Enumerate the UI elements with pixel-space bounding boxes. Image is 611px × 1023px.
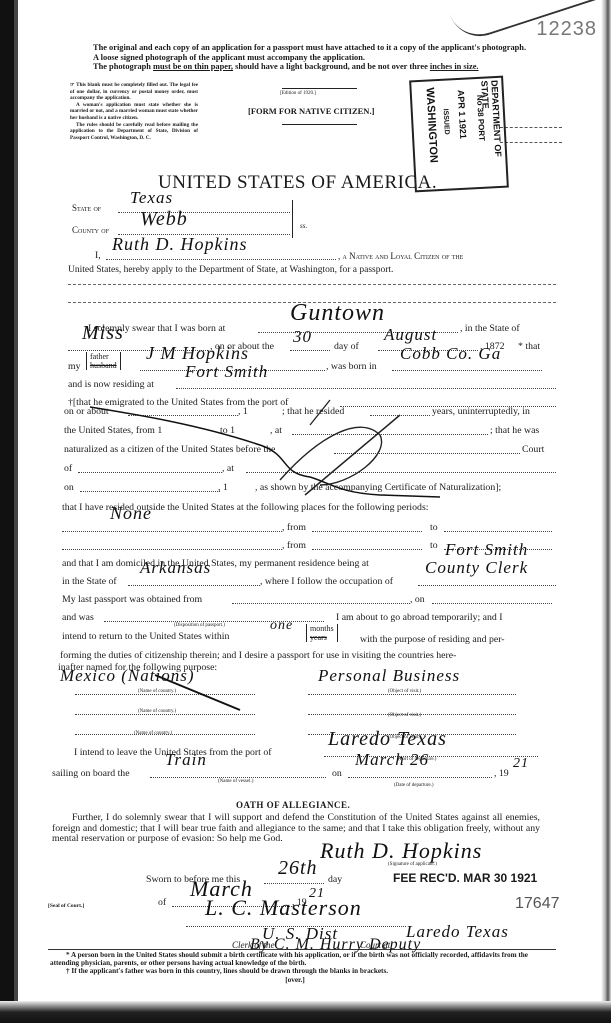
departure-year-value: 21	[513, 756, 529, 772]
document-title: UNITED STATES OF AMERICA.	[158, 172, 437, 194]
seal-label: [Seal of Court.]	[48, 903, 84, 909]
signature-caption: (Signature of applicant.)	[388, 862, 437, 867]
object-caption: (Object of visit.)	[388, 713, 421, 718]
scan-left-edge-shadow	[14, 0, 18, 1023]
stamp-number: 17647	[515, 895, 560, 913]
birth-month-value: August	[384, 325, 437, 345]
from-text: , from	[282, 540, 306, 551]
serial-number: 12238	[536, 18, 597, 41]
over-label: [over.]	[50, 976, 540, 984]
applicant-name: Ruth D. Hopkins	[112, 234, 248, 255]
from-date-field	[312, 521, 422, 532]
year-prefix: , 19	[494, 768, 509, 779]
residence-city-value: Fort Smith	[445, 540, 528, 560]
date-caption: (Date of departure.)	[394, 783, 434, 788]
residing-text: and is now residing at	[68, 379, 154, 390]
clerk-signature: L. C. Masterson	[205, 895, 362, 921]
court-text: Court	[522, 444, 544, 455]
disposition-caption: (Disposition of passport.)	[174, 623, 225, 628]
on-text: , on	[410, 594, 425, 605]
court-location-value: Laredo Texas	[406, 922, 509, 942]
object-value-1: Personal Business	[318, 666, 460, 686]
my-text: my	[68, 361, 81, 372]
scan-left-edge	[0, 0, 14, 1023]
that-text: * that	[518, 341, 540, 352]
stamp-text: ISSUED	[442, 109, 450, 135]
notice-line-2: A loose signed photograph of the applica…	[93, 53, 553, 63]
to-text: to	[430, 522, 438, 533]
citizen-text: , a Native and Loyal Citizen of the	[338, 251, 463, 261]
sworn-day-value: 26th	[278, 857, 318, 880]
domiciled-text: and that I am domiciled in the United St…	[62, 558, 369, 569]
birthplace-value: Guntown	[290, 300, 385, 327]
father-birthplace-value: Cobb Co. Ga	[400, 344, 501, 364]
father-husband-bracket: father husband	[86, 352, 121, 370]
last-passport-text: My last passport was obtained from	[62, 594, 202, 605]
vessel-value: Train	[165, 750, 207, 770]
and-was-text: and was	[62, 612, 94, 623]
day-of-text: day of	[334, 341, 359, 352]
instruction-paragraph: ☞ This blank must be completely filled o…	[70, 82, 198, 102]
months-years-bracket: months years	[306, 624, 338, 642]
rule	[282, 88, 357, 89]
county-value: Webb	[140, 208, 188, 231]
notice-text: The photograph	[93, 62, 151, 71]
blank-line	[68, 284, 556, 285]
notice-underlined: inches in size.	[430, 62, 479, 71]
object-caption: (Object of visit.)	[388, 689, 421, 694]
scan-right-edge	[601, 0, 611, 1023]
on-text: on	[64, 482, 74, 493]
footnote-father-born: † If the applicant's father was born in …	[50, 967, 540, 975]
last-passport-date-field	[432, 593, 552, 604]
birth-day-value: 30	[293, 327, 312, 347]
last-passport-field	[232, 593, 410, 604]
cancellation-scribble	[80, 395, 480, 505]
occupation-value: County Clerk	[425, 558, 528, 578]
dotted-line	[500, 127, 562, 128]
from-date-field-2	[312, 539, 422, 550]
departure-port-value: Laredo Texas	[328, 728, 447, 751]
ss-label: ss.	[300, 222, 307, 230]
purpose-text: with the purpose of residing and per-	[360, 634, 505, 645]
state-value: Texas	[130, 188, 173, 208]
departure-date-value: March 26	[355, 750, 429, 770]
father-option: father	[90, 352, 117, 361]
was-born-in-text: , was born in	[326, 361, 377, 372]
notice-text: should have a light background, and be n…	[235, 62, 428, 71]
notice-line-1: The original and each copy of an applica…	[93, 43, 553, 53]
apply-text: United States, hereby apply to the Depar…	[68, 265, 393, 275]
in-state-of-text: , in the State of	[460, 323, 520, 334]
years-option: years	[310, 633, 334, 642]
country-caption: (Name of country.)	[138, 709, 176, 714]
county-label: County of	[72, 225, 109, 235]
dotted-line	[500, 142, 562, 143]
vessel-caption: (Name of vessel.)	[218, 779, 253, 784]
state-label: State of	[72, 203, 101, 213]
return-value: one	[270, 618, 293, 634]
outside-place-field	[62, 521, 282, 532]
scan-bottom-edge	[0, 1001, 611, 1023]
instruction-paragraph: A woman's application must state whether…	[70, 102, 198, 122]
stamp-text: WASHINGTON	[424, 87, 440, 163]
outside-place-value: None	[110, 503, 152, 524]
that-he-was-text: ; that he was	[490, 425, 539, 436]
i-label: I,	[95, 250, 101, 261]
applicant-signature: Ruth D. Hopkins	[320, 838, 482, 864]
husband-option: husband	[90, 361, 117, 370]
birth-state-value: Miss	[82, 322, 124, 345]
notice-underlined: must be on thin paper,	[153, 62, 233, 71]
residence-state-value: Arkansas	[140, 558, 211, 578]
fee-received-stamp: FEE REC'D. MAR 30 1921	[393, 871, 537, 885]
father-name-value: J M Hopkins	[146, 343, 249, 364]
bracket	[292, 200, 293, 238]
instruction-paragraph: The rules should be carefully read befor…	[70, 122, 198, 142]
edition-label: [Edition of 1920.]	[280, 91, 316, 96]
stamp-date: APR 1 1921	[456, 90, 469, 139]
rule	[282, 124, 357, 125]
occupation-text: , where I follow the occupation of	[260, 576, 393, 587]
on-text: on	[332, 768, 342, 779]
footnote-birth-certificate: * A person born in the United States sho…	[50, 951, 540, 967]
performing-text: forming the duties of citizenship therei…	[60, 650, 456, 661]
father-residence-value: Fort Smith	[185, 362, 268, 382]
form-type-label: [FORM FOR NATIVE CITIZEN.]	[248, 106, 374, 116]
country-caption: (Name of country.)	[134, 731, 172, 736]
to-date-field	[444, 521, 552, 532]
abroad-text: I am about to go abroad temporarily; and…	[336, 612, 503, 623]
months-option: months	[310, 624, 334, 633]
photo-notice: The original and each copy of an applica…	[93, 43, 553, 72]
footnotes: * A person born in the United States sho…	[50, 951, 540, 984]
to-text: to	[430, 540, 438, 551]
in-state-of-text: in the State of	[62, 576, 117, 587]
of-text: of	[158, 897, 166, 908]
from-text: , from	[282, 522, 306, 533]
instructions-sidebar: ☞ This blank must be completely filled o…	[70, 82, 198, 141]
notice-line-3: The photograph must be on thin paper, sh…	[93, 62, 553, 72]
of-text: of	[64, 463, 72, 474]
sailing-text: sailing on board the	[52, 768, 130, 779]
return-text: intend to return to the United States wi…	[62, 631, 229, 642]
day-text: day	[328, 874, 342, 885]
oath-title: OATH OF ALLEGIANCE.	[236, 800, 350, 810]
outside-place-field-2	[62, 539, 282, 550]
